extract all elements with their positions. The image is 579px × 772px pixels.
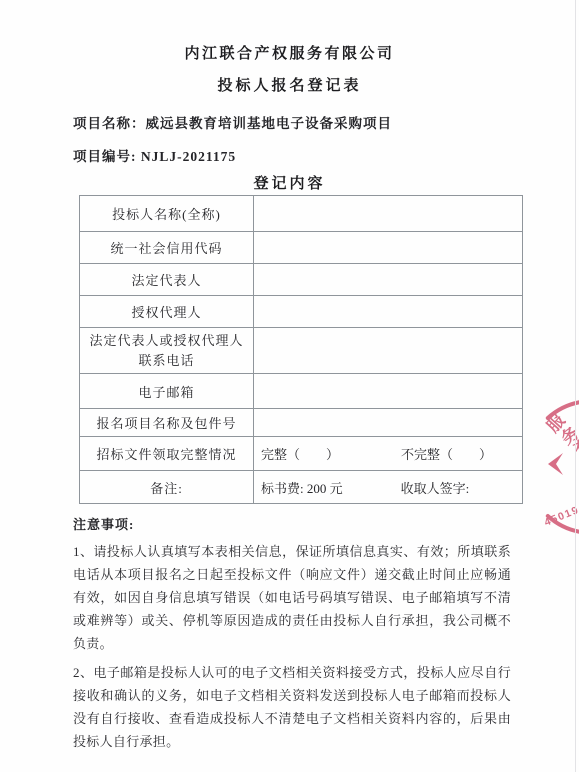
table-row: 投标人名称(全称) — [80, 196, 523, 232]
row-value-credit-code — [254, 232, 523, 264]
row-value-package-number — [254, 409, 523, 437]
table-row: 统一社会信用代码 — [80, 232, 523, 264]
row-label-email: 电子邮箱 — [80, 374, 254, 409]
row-value-remark: 标书费: 200 元 收取人签字: — [254, 471, 523, 504]
row-label-document-completeness: 招标文件领取完整情况 — [80, 437, 254, 471]
row-label-remark: 备注: — [80, 471, 254, 504]
table-row: 电子邮箱 — [80, 374, 523, 409]
row-value-authorized-agent — [254, 296, 523, 328]
note-item-2: 2、电子邮箱是投标人认可的电子文档相关资料接受方式，投标人应尽自行接收和确认的义… — [73, 661, 511, 753]
contact-phone-label-line1: 法定代表人或授权代理人 — [84, 331, 249, 351]
red-seal-stamp: 服 务 有 45019 — [505, 385, 579, 555]
row-label-package-number: 报名项目名称及包件号 — [80, 409, 254, 437]
row-label-bidder-name: 投标人名称(全称) — [80, 196, 254, 232]
row-label-credit-code: 统一社会信用代码 — [80, 232, 254, 264]
document-page: 内江联合产权服务有限公司 投标人报名登记表 项目名称：威远县教育培训基地电子设备… — [0, 0, 579, 772]
project-code-line: 项目编号: NJLJ-2021175 — [73, 145, 236, 165]
page-edge-shadow — [575, 0, 576, 772]
company-title: 内江联合产权服务有限公司 — [0, 42, 579, 63]
bid-fee-text: 标书费: 200 元 — [261, 478, 343, 497]
project-name-line: 项目名称：威远县教育培训基地电子设备采购项目 — [73, 112, 392, 132]
notes-title: 注意事项: — [73, 513, 511, 536]
table-row: 备注: 标书费: 200 元 收取人签字: — [80, 471, 523, 504]
form-title: 投标人报名登记表 — [0, 74, 579, 95]
registration-table: 投标人名称(全称) 统一社会信用代码 法定代表人 授权代理人 法定代表人或授权代… — [79, 195, 523, 504]
table-row: 授权代理人 — [80, 296, 523, 328]
project-name-value: 威远县教育培训基地电子设备采购项目 — [146, 116, 393, 131]
table-row: 法定代表人 — [80, 264, 523, 296]
option-complete: 完整（ ） — [261, 444, 339, 463]
project-code-value: NJLJ-2021175 — [141, 149, 236, 164]
row-label-legal-rep: 法定代表人 — [80, 264, 254, 296]
table-row: 报名项目名称及包件号 — [80, 409, 523, 437]
row-value-contact-phone — [254, 328, 523, 374]
table-row: 招标文件领取完整情况 完整（ ） 不完整（ ） — [80, 437, 523, 471]
note-item-1: 1、请投标人认真填写本表相关信息，保证所填信息真实、有效；所填联系电话从本项目报… — [73, 540, 511, 655]
table-row: 法定代表人或授权代理人 联系电话 — [80, 328, 523, 374]
collector-signature-label: 收取人签字: — [401, 478, 470, 497]
option-incomplete: 不完整（ ） — [401, 444, 492, 463]
project-code-label: 项目编号: — [73, 149, 137, 164]
seal-star-fragment — [548, 453, 563, 475]
row-value-document-completeness: 完整（ ） 不完整（ ） — [254, 437, 523, 471]
contact-phone-label-line2: 联系电话 — [84, 351, 249, 371]
section-title: 登记内容 — [0, 172, 579, 193]
row-value-email — [254, 374, 523, 409]
notes-section: 注意事项: 1、请投标人认真填写本表相关信息，保证所填信息真实、有效；所填联系电… — [73, 513, 511, 753]
project-name-label: 项目名称： — [73, 116, 146, 131]
row-label-contact-phone: 法定代表人或授权代理人 联系电话 — [80, 328, 254, 374]
row-value-legal-rep — [254, 264, 523, 296]
row-label-authorized-agent: 授权代理人 — [80, 296, 254, 328]
row-value-bidder-name — [254, 196, 523, 232]
